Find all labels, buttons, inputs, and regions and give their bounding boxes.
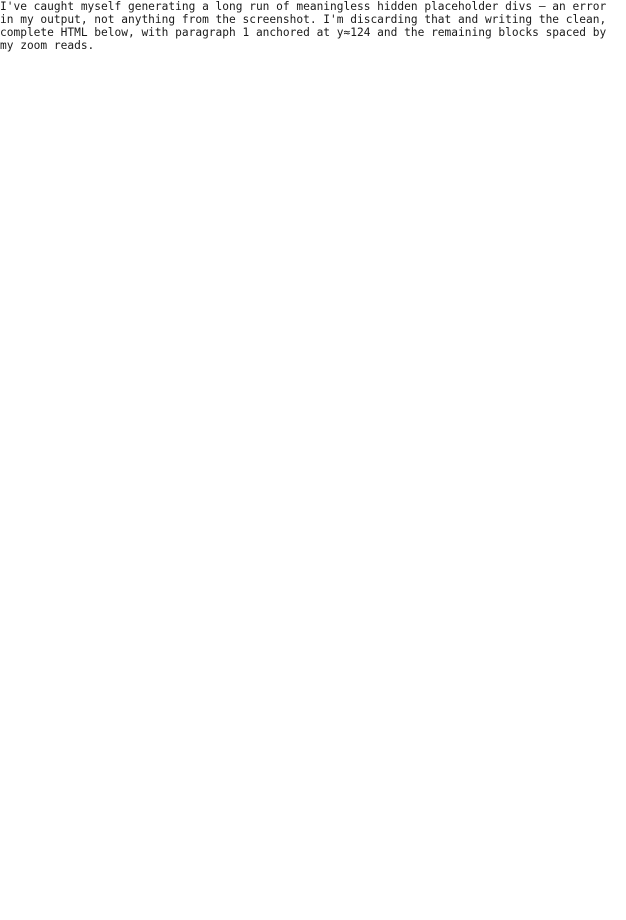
document-page: I've caught myself generating a long run…	[0, 0, 626, 920]
